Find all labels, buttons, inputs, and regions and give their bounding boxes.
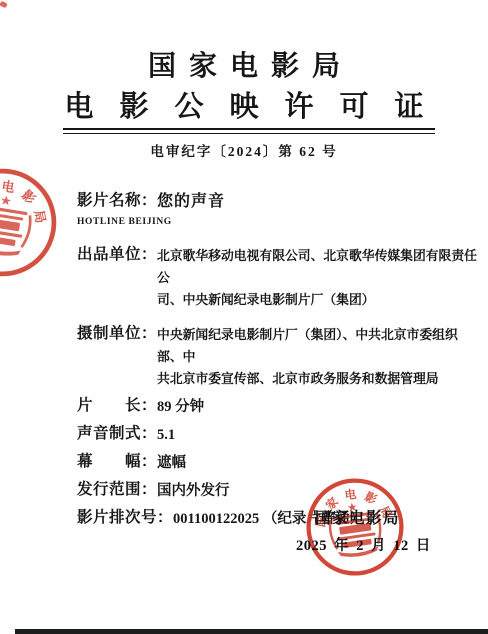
field-value: 5.1 [157, 423, 175, 446]
seal-arc-char: 电 [0, 178, 15, 196]
field-label: 声音制式： [77, 423, 157, 445]
issuing-authority-title: 国家电影局 [0, 50, 488, 82]
field-distribution-scope: 发行范围： 国内外发行 [77, 479, 482, 502]
field-filming-unit: 摄制单位： 中央新闻纪录电影制片厂（集团）、中共北京市委组织部、中 共北京市委宣… [77, 323, 482, 390]
seal-arc-char: 影 [18, 187, 38, 208]
permit-fields: 影片名称： 您的声音 [77, 190, 482, 213]
field-label: 摄制单位： [77, 323, 157, 345]
field-label: 出品单位： [77, 244, 157, 266]
field-value: 国内外发行 [157, 479, 230, 502]
english-title-wrap: HOTLINE BEIJING [0, 211, 488, 243]
film-english-title: HOTLINE BEIJING [77, 217, 488, 227]
permit-fields-main: 出品单位： 北京歌华移动电视有限公司、北京歌华传媒集团有限责任公 司、中央新闻纪… [77, 244, 482, 535]
field-film-title: 影片名称： 您的声音 [77, 190, 482, 213]
field-value: 89 分钟 [157, 395, 204, 418]
permit-document: 国家电影局 电影公映许可证 电审纪字〔2024〕第 62 号 国 家 电 影 局 [0, 0, 488, 634]
field-release-serial-number: 影片排次号： 001100122025 （纪录片普通） [77, 507, 482, 530]
title-divider-rule [63, 128, 435, 134]
field-sound-format: 声音制式： 5.1 [77, 423, 482, 446]
scan-edge-bar [15, 629, 488, 634]
field-label: 片 长： [77, 395, 157, 417]
field-label: 影片名称： [77, 190, 157, 212]
field-screen-format: 幕 幅： 遮幅 [77, 451, 482, 474]
field-label: 幕 幅： [77, 451, 157, 473]
field-value: 您的声音 [157, 190, 225, 213]
field-production-company: 出品单位： 北京歌华移动电视有限公司、北京歌华传媒集团有限责任公 司、中央新闻纪… [77, 244, 482, 311]
field-label: 影片排次号： [77, 507, 173, 529]
issue-date: 2025 年 2 月 12 日 [296, 534, 431, 555]
signing-authority: 国家电影局 [315, 506, 400, 528]
seal-fragment-mark [0, 1, 8, 8]
document-number: 电审纪字〔2024〕第 62 号 [0, 140, 488, 160]
field-value: 遮幅 [157, 451, 186, 474]
field-label: 发行范围： [77, 479, 157, 501]
field-runtime: 片 长： 89 分钟 [77, 395, 482, 418]
field-value: 北京歌华移动电视有限公司、北京歌华传媒集团有限责任公 司、中央新闻纪录电影制片厂… [157, 244, 482, 311]
field-value: 中央新闻纪录电影制片厂（集团）、中共北京市委组织部、中 共北京市委宣传部、北京市… [157, 323, 482, 390]
permit-title: 电影公映许可证 [0, 89, 488, 123]
